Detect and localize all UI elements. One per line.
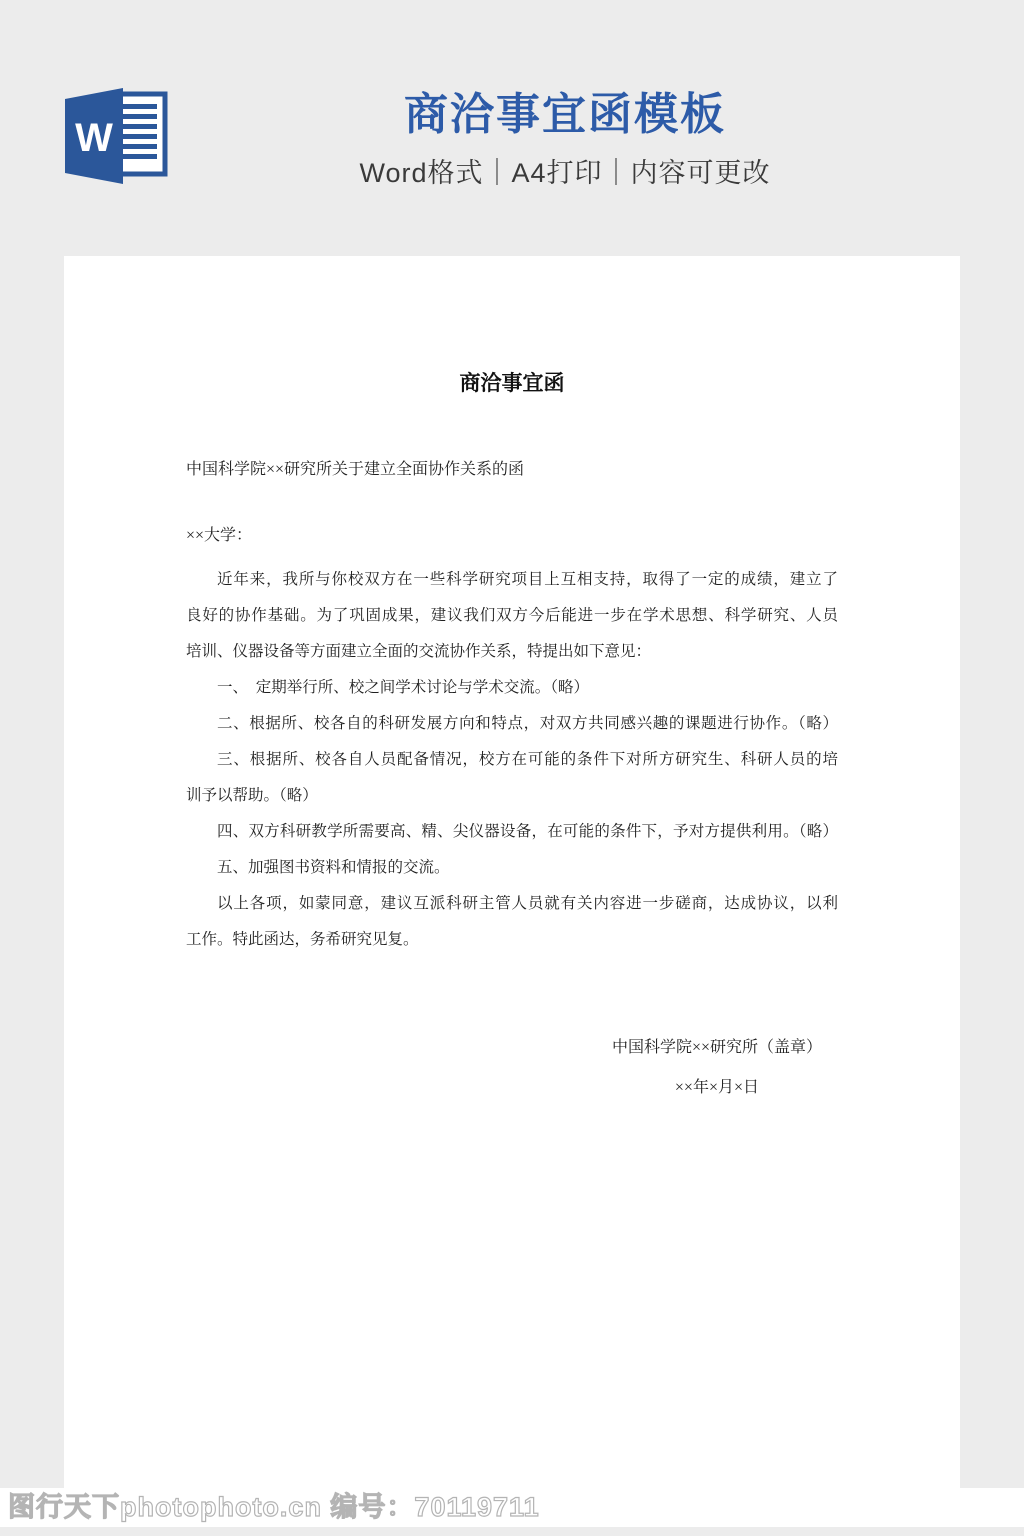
doc-title: 商洽事宜函 <box>186 256 838 398</box>
page-title: 商洽事宜函模板 <box>106 90 1024 141</box>
signature-block: 中国科学院××研究所（盖章） ××年×月×日 <box>612 1028 822 1108</box>
doc-paragraph: 五、加强图书资料和情报的交流。 <box>186 850 838 886</box>
doc-line: 工作。特此函达，务希研究见复。 <box>186 922 838 958</box>
watermark-bar: 图行天下photophoto.cn 编号：70119711 <box>0 1488 1024 1527</box>
doc-paragraph: 二、根据所、校各自的科研发展方向和特点，对双方共同感兴趣的课题进行协作。（略） <box>186 706 838 742</box>
doc-line: 近年来，我所与你校双方在一些科学研究项目上互相支持，取得了一定的成绩，建立了 <box>186 562 838 598</box>
doc-line: 良好的协作基础。为了巩固成果，建议我们双方今后能进一步在学术思想、科学研究、人员 <box>186 598 838 634</box>
doc-line: 培训、仪器设备等方面建立全面的交流协作关系，特提出如下意见： <box>186 634 838 670</box>
doc-line: 一、 定期举行所、校之间学术讨论与学术交流。（略） <box>186 670 838 706</box>
doc-paragraph: 四、双方科研教学所需要高、精、尖仪器设备，在可能的条件下，予对方提供利用。（略） <box>186 814 838 850</box>
doc-paragraphs: 近年来，我所与你校双方在一些科学研究项目上互相支持，取得了一定的成绩，建立了良好… <box>186 562 838 958</box>
doc-paragraph: 以上各项，如蒙同意，建议互派科研主管人员就有关内容进一步磋商，达成协议，以利工作… <box>186 886 838 958</box>
header-subtitle: Word格式｜A4打印｜内容可更改 <box>106 151 1024 190</box>
doc-paragraph: 一、 定期举行所、校之间学术讨论与学术交流。（略） <box>186 670 838 706</box>
doc-paragraph: 近年来，我所与你校双方在一些科学研究项目上互相支持，取得了一定的成绩，建立了良好… <box>186 562 838 670</box>
document-page: 商洽事宜函 中国科学院××研究所关于建立全面协作关系的函 ××大学： 近年来，我… <box>64 256 960 1488</box>
doc-paragraph: 三、根据所、校各自人员配备情况，校方在可能的条件下对所方研究生、科研人员的培训予… <box>186 742 838 814</box>
doc-line: 训予以帮助。（略） <box>186 778 838 814</box>
doc-subject: 中国科学院××研究所关于建立全面协作关系的函 <box>186 452 838 488</box>
template-preview: W 商洽事宜函模板 Word格式｜A4打印｜内容可更改 商洽事宜函 中国科学院×… <box>0 0 1024 1536</box>
doc-line: 四、双方科研教学所需要高、精、尖仪器设备，在可能的条件下，予对方提供利用。（略） <box>186 814 838 850</box>
doc-salutation: ××大学： <box>186 518 838 554</box>
watermark-text: 图行天下photophoto.cn 编号：70119711 <box>0 1488 540 1527</box>
signature-date: ××年×月×日 <box>612 1068 822 1108</box>
doc-line: 以上各项，如蒙同意，建议互派科研主管人员就有关内容进一步磋商，达成协议，以利 <box>186 886 838 922</box>
doc-line: 二、根据所、校各自的科研发展方向和特点，对双方共同感兴趣的课题进行协作。（略） <box>186 706 838 742</box>
signature-org: 中国科学院××研究所（盖章） <box>612 1028 822 1068</box>
header: 商洽事宜函模板 Word格式｜A4打印｜内容可更改 <box>106 90 1024 190</box>
doc-line: 五、加强图书资料和情报的交流。 <box>186 850 838 886</box>
doc-line: 三、根据所、校各自人员配备情况，校方在可能的条件下对所方研究生、科研人员的培 <box>186 742 838 778</box>
